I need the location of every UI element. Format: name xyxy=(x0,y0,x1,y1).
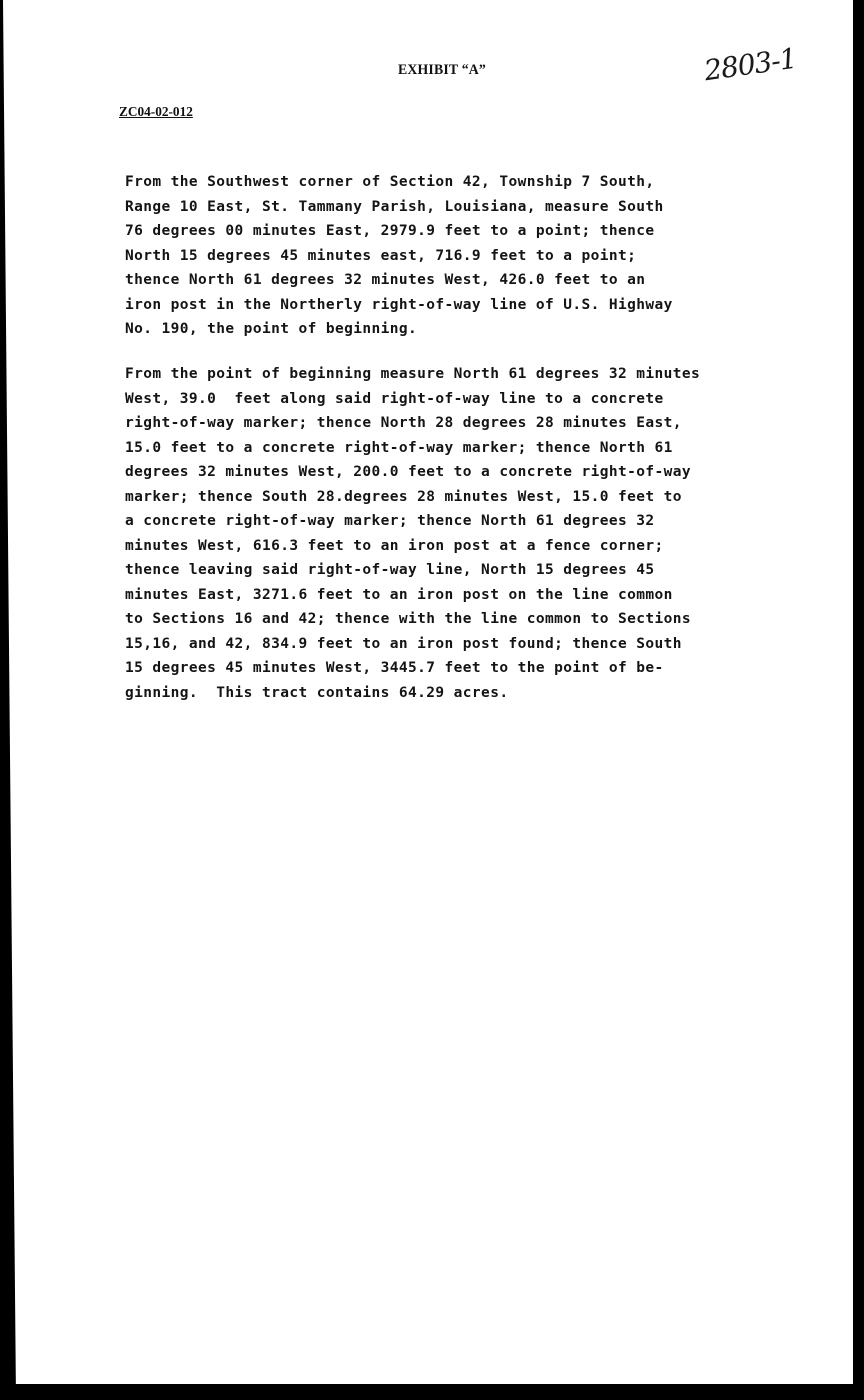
case-number: ZC04-02-012 xyxy=(119,105,193,121)
legal-description-paragraph-2: From the point of beginning measure Nort… xyxy=(125,362,700,705)
text-line: iron post in the Northerly right-of-way … xyxy=(125,293,673,318)
text-line: No. 190, the point of beginning. xyxy=(125,317,673,342)
scan-border-left xyxy=(0,0,16,1400)
text-line: marker; thence South 28.degrees 28 minut… xyxy=(125,485,700,510)
text-line: From the Southwest corner of Section 42,… xyxy=(125,170,673,195)
text-line: West, 39.0 feet along said right-of-way … xyxy=(125,387,700,412)
text-line: right-of-way marker; thence North 28 deg… xyxy=(125,411,700,436)
legal-description-paragraph-1: From the Southwest corner of Section 42,… xyxy=(125,170,673,342)
text-line: minutes West, 616.3 feet to an iron post… xyxy=(125,534,700,559)
text-line: degrees 32 minutes West, 200.0 feet to a… xyxy=(125,460,700,485)
scan-border-right xyxy=(853,0,864,1400)
text-line: to Sections 16 and 42; thence with the l… xyxy=(125,607,700,632)
text-line: ginning. This tract contains 64.29 acres… xyxy=(125,681,700,706)
text-line: minutes East, 3271.6 feet to an iron pos… xyxy=(125,583,700,608)
text-line: 15,16, and 42, 834.9 feet to an iron pos… xyxy=(125,632,700,657)
scan-border-bottom xyxy=(0,1384,864,1400)
text-line: a concrete right-of-way marker; thence N… xyxy=(125,509,700,534)
text-line: North 15 degrees 45 minutes east, 716.9 … xyxy=(125,244,673,269)
text-line: From the point of beginning measure Nort… xyxy=(125,362,700,387)
handwritten-annotation: 2803-1 xyxy=(702,42,798,88)
text-line: 15.0 feet to a concrete right-of-way mar… xyxy=(125,436,700,461)
text-line: 15 degrees 45 minutes West, 3445.7 feet … xyxy=(125,656,700,681)
text-line: 76 degrees 00 minutes East, 2979.9 feet … xyxy=(125,219,673,244)
text-line: thence leaving said right-of-way line, N… xyxy=(125,558,700,583)
text-line: Range 10 East, St. Tammany Parish, Louis… xyxy=(125,195,673,220)
text-line: thence North 61 degrees 32 minutes West,… xyxy=(125,268,673,293)
